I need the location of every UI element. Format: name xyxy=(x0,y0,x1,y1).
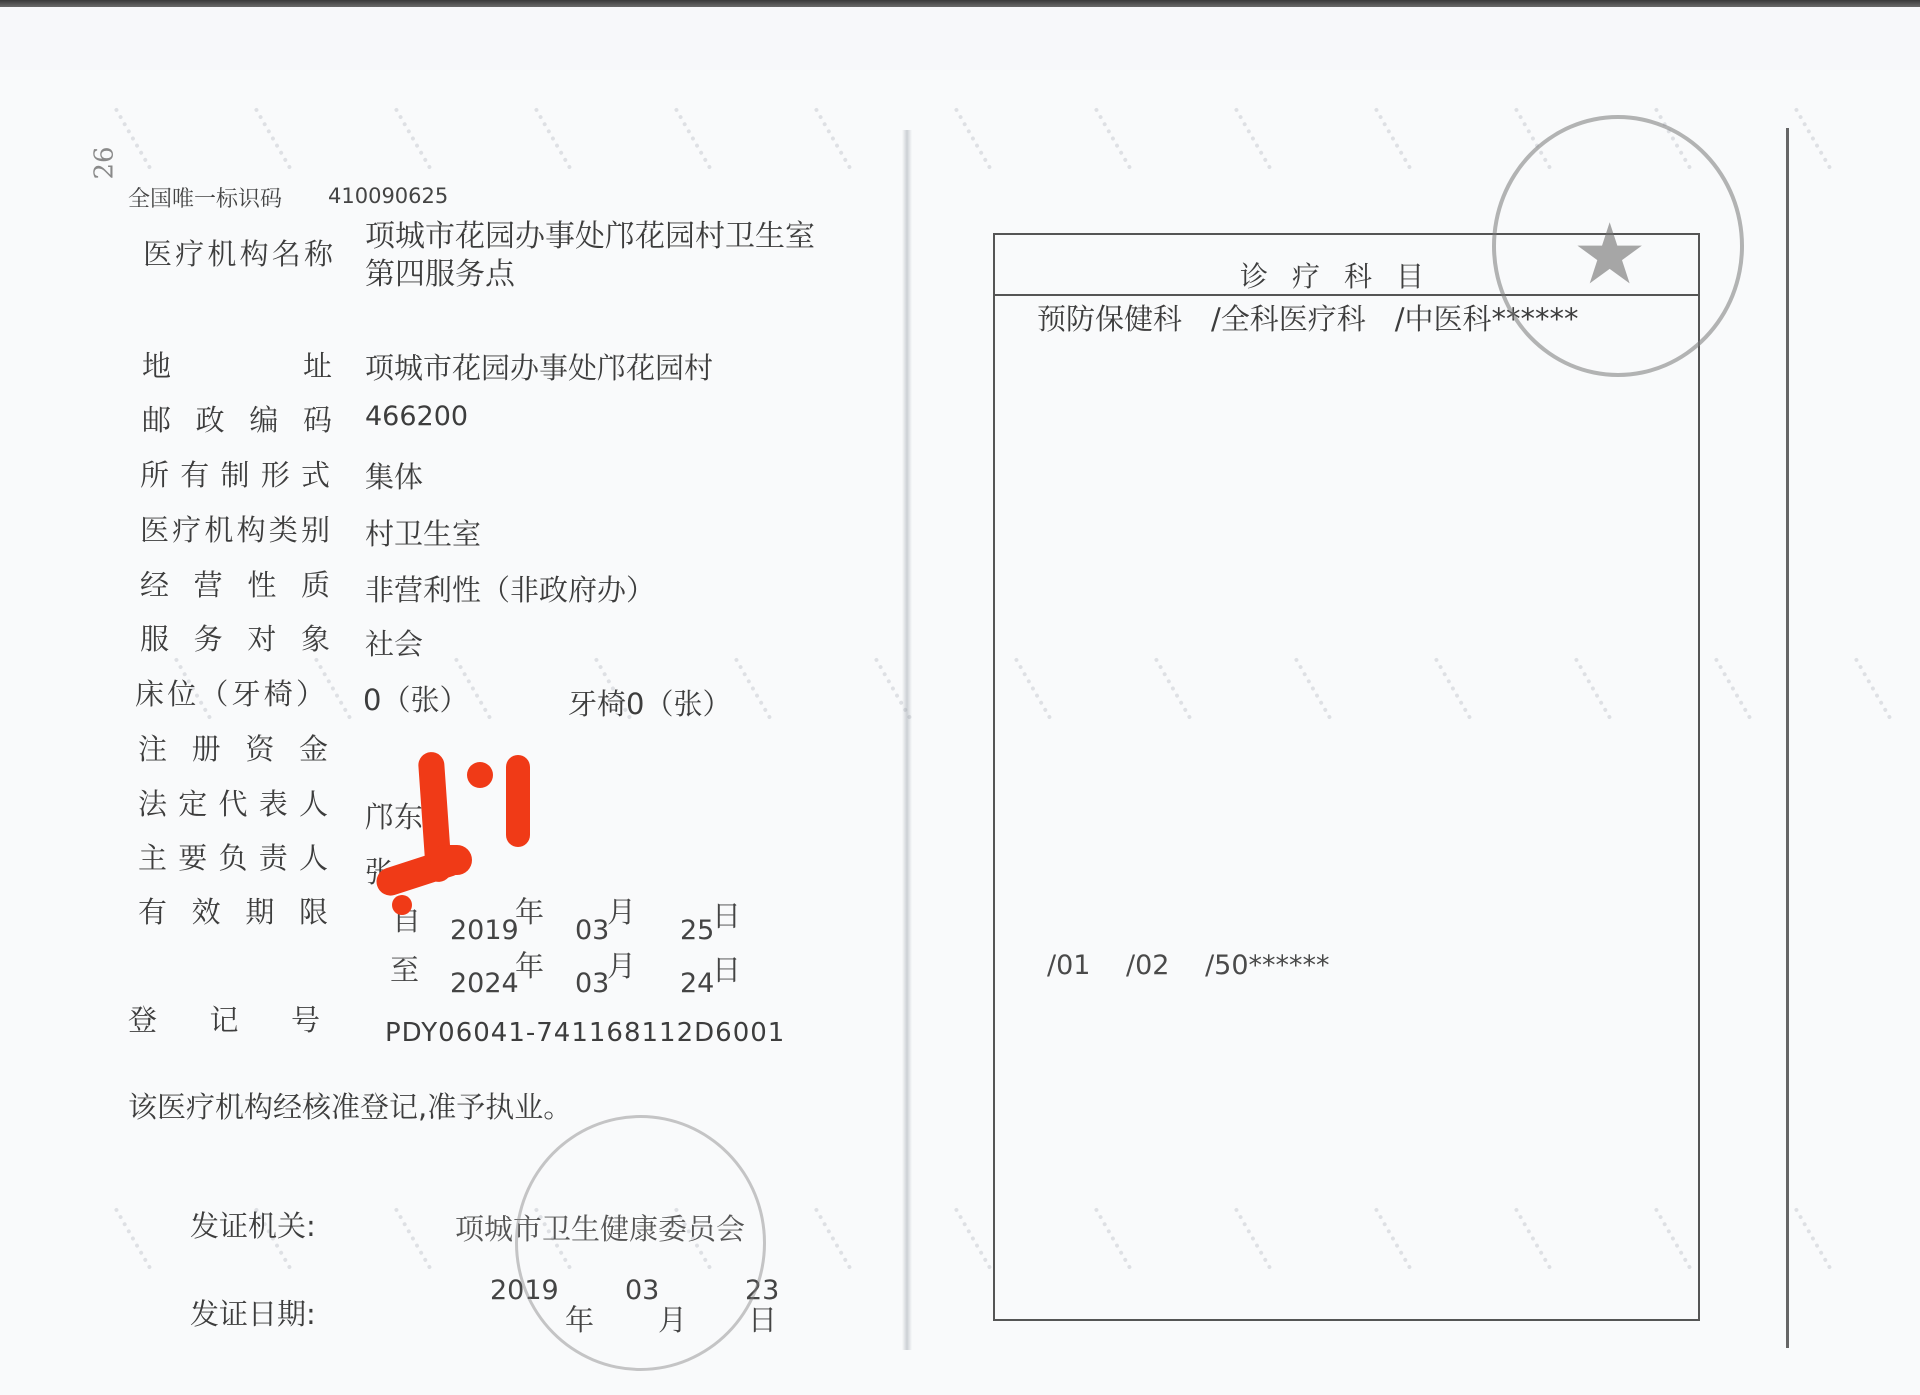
field-label-legal-rep: 法定代表人 xyxy=(138,782,328,823)
field-label-principal: 主要负责人 xyxy=(138,836,328,877)
departments-box: 诊疗科目 预防保健科 /全科医疗科 /中医科****** /01 /02 /50… xyxy=(993,233,1700,1321)
field-value-name: 项城市花园办事处邝花园村卫生室第四服务点 xyxy=(365,218,835,294)
field-value-address: 项城市花园办事处邝花园村 xyxy=(365,346,713,387)
field-label-reg-no: 登记号 xyxy=(128,998,320,1039)
field-label-name: 医疗机构名称 xyxy=(143,232,333,273)
validity-from-year-unit: 年 xyxy=(515,890,544,931)
field-label-beds: 床位（牙椅） xyxy=(135,672,325,713)
approval-statement: 该医疗机构经核准登记,准予执业。 xyxy=(128,1085,572,1126)
page-number: 26 xyxy=(90,146,120,179)
field-label-business-nature: 经营性质 xyxy=(140,563,330,604)
field-value-legal-rep: 邝东 xyxy=(365,795,423,836)
field-label-validity: 有效期限 xyxy=(138,890,328,931)
uid-value: 410090625 xyxy=(328,184,448,208)
issue-date-day-unit: 日 xyxy=(748,1298,777,1339)
validity-to-year: 2024 xyxy=(450,968,519,999)
field-value-business-nature: 非营利性（非政府办） xyxy=(365,568,655,609)
field-label-address: 地址 xyxy=(142,344,332,385)
top-border xyxy=(0,0,1920,7)
field-value-category: 村卫生室 xyxy=(365,512,481,553)
issuer-label: 发证机关: xyxy=(190,1204,316,1245)
issuer-seal xyxy=(515,1115,766,1371)
department-codes: /01 /02 /50****** xyxy=(1047,943,1330,982)
validity-from-day-unit: 日 xyxy=(712,894,741,935)
issue-date-label: 发证日期: xyxy=(190,1292,316,1333)
validity-to-day-unit: 日 xyxy=(712,948,741,989)
uid-label: 全国唯一标识码 xyxy=(128,182,282,213)
field-label-postcode: 邮政编码 xyxy=(142,398,332,439)
seal-star-icon: ★ xyxy=(1572,205,1647,303)
validity-from-month: 03 xyxy=(575,915,609,946)
validity-from-month-unit: 月 xyxy=(607,890,636,931)
validity-from-day: 25 xyxy=(680,915,714,946)
departments-title: 诊疗科目 xyxy=(1240,255,1448,295)
redaction-mark xyxy=(392,895,412,915)
field-label-service-target: 服务对象 xyxy=(140,617,330,658)
validity-to-month: 03 xyxy=(575,968,609,999)
field-label-category: 医疗机构类别 xyxy=(140,508,330,549)
validity-to-month-unit: 月 xyxy=(607,944,636,985)
field-label-ownership: 所有制形式 xyxy=(140,453,330,494)
redaction-mark xyxy=(467,762,493,788)
redaction-mark xyxy=(506,755,530,847)
right-border-line xyxy=(1786,128,1789,1348)
field-value-reg-no: PDY06041-741168112D6001 xyxy=(385,1018,785,1048)
field-value-beds: 0（张） xyxy=(363,678,468,719)
validity-from-year: 2019 xyxy=(450,915,519,946)
page-fold xyxy=(902,130,912,1350)
redaction-mark xyxy=(430,845,472,875)
field-value-service-target: 社会 xyxy=(365,622,423,663)
field-value-postcode: 466200 xyxy=(365,401,468,432)
field-label-capital: 注册资金 xyxy=(138,727,328,768)
validity-to-day: 24 xyxy=(680,968,714,999)
field-value-dental-chairs: 牙椅0（张） xyxy=(568,682,731,723)
validity-to-year-unit: 年 xyxy=(515,944,544,985)
field-value-ownership: 集体 xyxy=(365,455,423,496)
validity-to-prefix: 至 xyxy=(390,948,419,989)
departments-list: 预防保健科 /全科医疗科 /中医科****** xyxy=(1037,297,1579,338)
